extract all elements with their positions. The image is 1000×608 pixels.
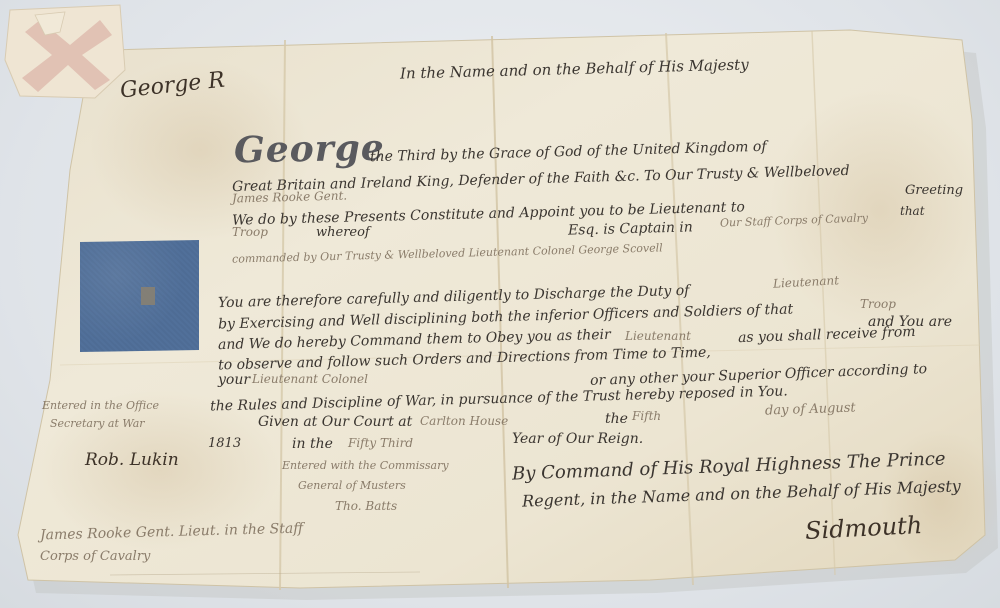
given-year: 1813	[208, 437, 241, 450]
entered-muster-line-1: Entered with the Commissary	[282, 460, 449, 471]
duty-obey-rank-hand: Lieutenant	[625, 330, 691, 342]
recipient-name: James Rooke Gent.	[232, 189, 347, 204]
duty-stamp	[141, 287, 155, 305]
entered-muster-line-2: General of Musters	[298, 480, 406, 491]
appoint-that: that	[900, 205, 925, 217]
troop-label: Troop	[232, 226, 268, 238]
reign-in-the: in the	[292, 437, 333, 451]
reign-year-hand: Fifty Third	[348, 437, 413, 449]
paper-seal-blue	[80, 240, 199, 352]
paper-seal-red	[0, 0, 130, 100]
duty-rank-hand: Lieutenant	[773, 274, 840, 289]
entered-secretary-line-2: Secretary at War	[50, 418, 145, 429]
docket-line-2: Corps of Cavalry	[40, 550, 150, 563]
reign-end: Year of Our Reign.	[512, 432, 643, 446]
duty-line-5-start: your	[218, 373, 250, 387]
entered-secretary-line-1: Entered in the Office	[42, 400, 159, 411]
captain-line: Esq. is Captain in	[568, 220, 693, 237]
given-day: Fifth	[632, 410, 661, 422]
signature-muster: Tho. Batts	[335, 500, 397, 512]
given-the: the	[605, 412, 628, 426]
greeting: Greeting	[905, 184, 963, 197]
given-place: Carlton House	[420, 415, 508, 427]
commission-document: George R In the Name and on the Behalf o…	[0, 0, 1000, 608]
given-at-label: Given at Our Court at	[258, 415, 412, 429]
given-month: day of August	[765, 401, 856, 417]
monarch-name-calligraphy: George	[234, 127, 385, 172]
duty-troop-hand: Troop	[860, 298, 896, 310]
duty-superior-hand: Lieutenant Colonel	[252, 373, 368, 385]
signature-secretary: Rob. Lukin	[85, 452, 179, 469]
whereof-text: whereof	[316, 226, 370, 239]
signature-sidmouth: Sidmouth	[804, 513, 922, 543]
